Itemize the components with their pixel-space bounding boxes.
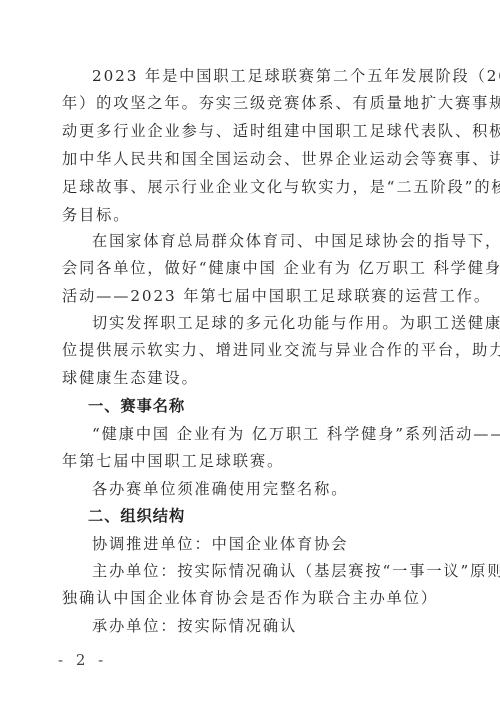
paragraph-2-line-2: 会同各单位，做好“健康中国 企业有为 亿万职工 科学健身”系列 [62,258,454,278]
section-1-heading: 一、赛事名称 [88,396,480,416]
paragraph-3-line-1: 切实发挥职工足球的多元化功能与作用。为职工送健康，为单 [92,313,454,333]
paragraph-1-line-3: 动更多行业企业参与、适时组建中国职工足球代表队、积极争取参 [62,121,454,141]
section-2-heading: 二、组织结构 [88,506,480,526]
section-2-organizer: 承办单位：按实际情况确认 [92,616,454,636]
section-2-coordinator: 协调推进单位：中国企业体育协会 [92,534,454,554]
paragraph-2-line-3: 活动——2023 年第七届中国职工足球联赛的运营工作。 [62,286,454,306]
paragraph-2-line-1: 在国家体育总局群众体育司、中国足球协会的指导下，我会将 [92,231,454,251]
paragraph-3-line-3: 球健康生态建设。 [62,368,454,388]
paragraph-1-line-2: 年）的攻坚之年。夯实三级竞赛体系、有质量地扩大赛事规模、带 [62,93,454,113]
paragraph-1-line-1: 2023 年是中国职工足球联赛第二个五年发展阶段（2022-2026 [92,66,454,86]
paragraph-1-line-4: 加中华人民共和国全国运动会、世界企业运动会等赛事、讲好职工 [62,149,454,169]
paragraph-1-line-5: 足球故事、展示行业企业文化与软实力，是“二五阶段”的核心任 [62,177,454,197]
paragraph-1-line-6: 务目标。 [62,205,454,225]
paragraph-3-line-2: 位提供展示软实力、增进同业交流与异业合作的平台，助力中国足 [62,340,454,360]
document-page: 2023 年是中国职工足球联赛第二个五年发展阶段（2022-2026 年）的攻坚… [0,0,500,706]
section-2-host-line-1: 主办单位：按实际情况确认（基层赛按“一事一议”原则，单 [92,561,454,581]
section-1-line-1: “健康中国 企业有为 亿万职工 科学健身”系列活动——2023 [92,424,454,444]
page-number: - 2 - [58,651,107,669]
section-2-host-line-2: 独确认中国企业体育协会是否作为联合主办单位） [62,588,454,608]
section-1-line-2: 年第七届中国职工足球联赛。 [62,451,454,471]
section-1-note: 各办赛单位须准确使用完整名称。 [92,479,454,499]
